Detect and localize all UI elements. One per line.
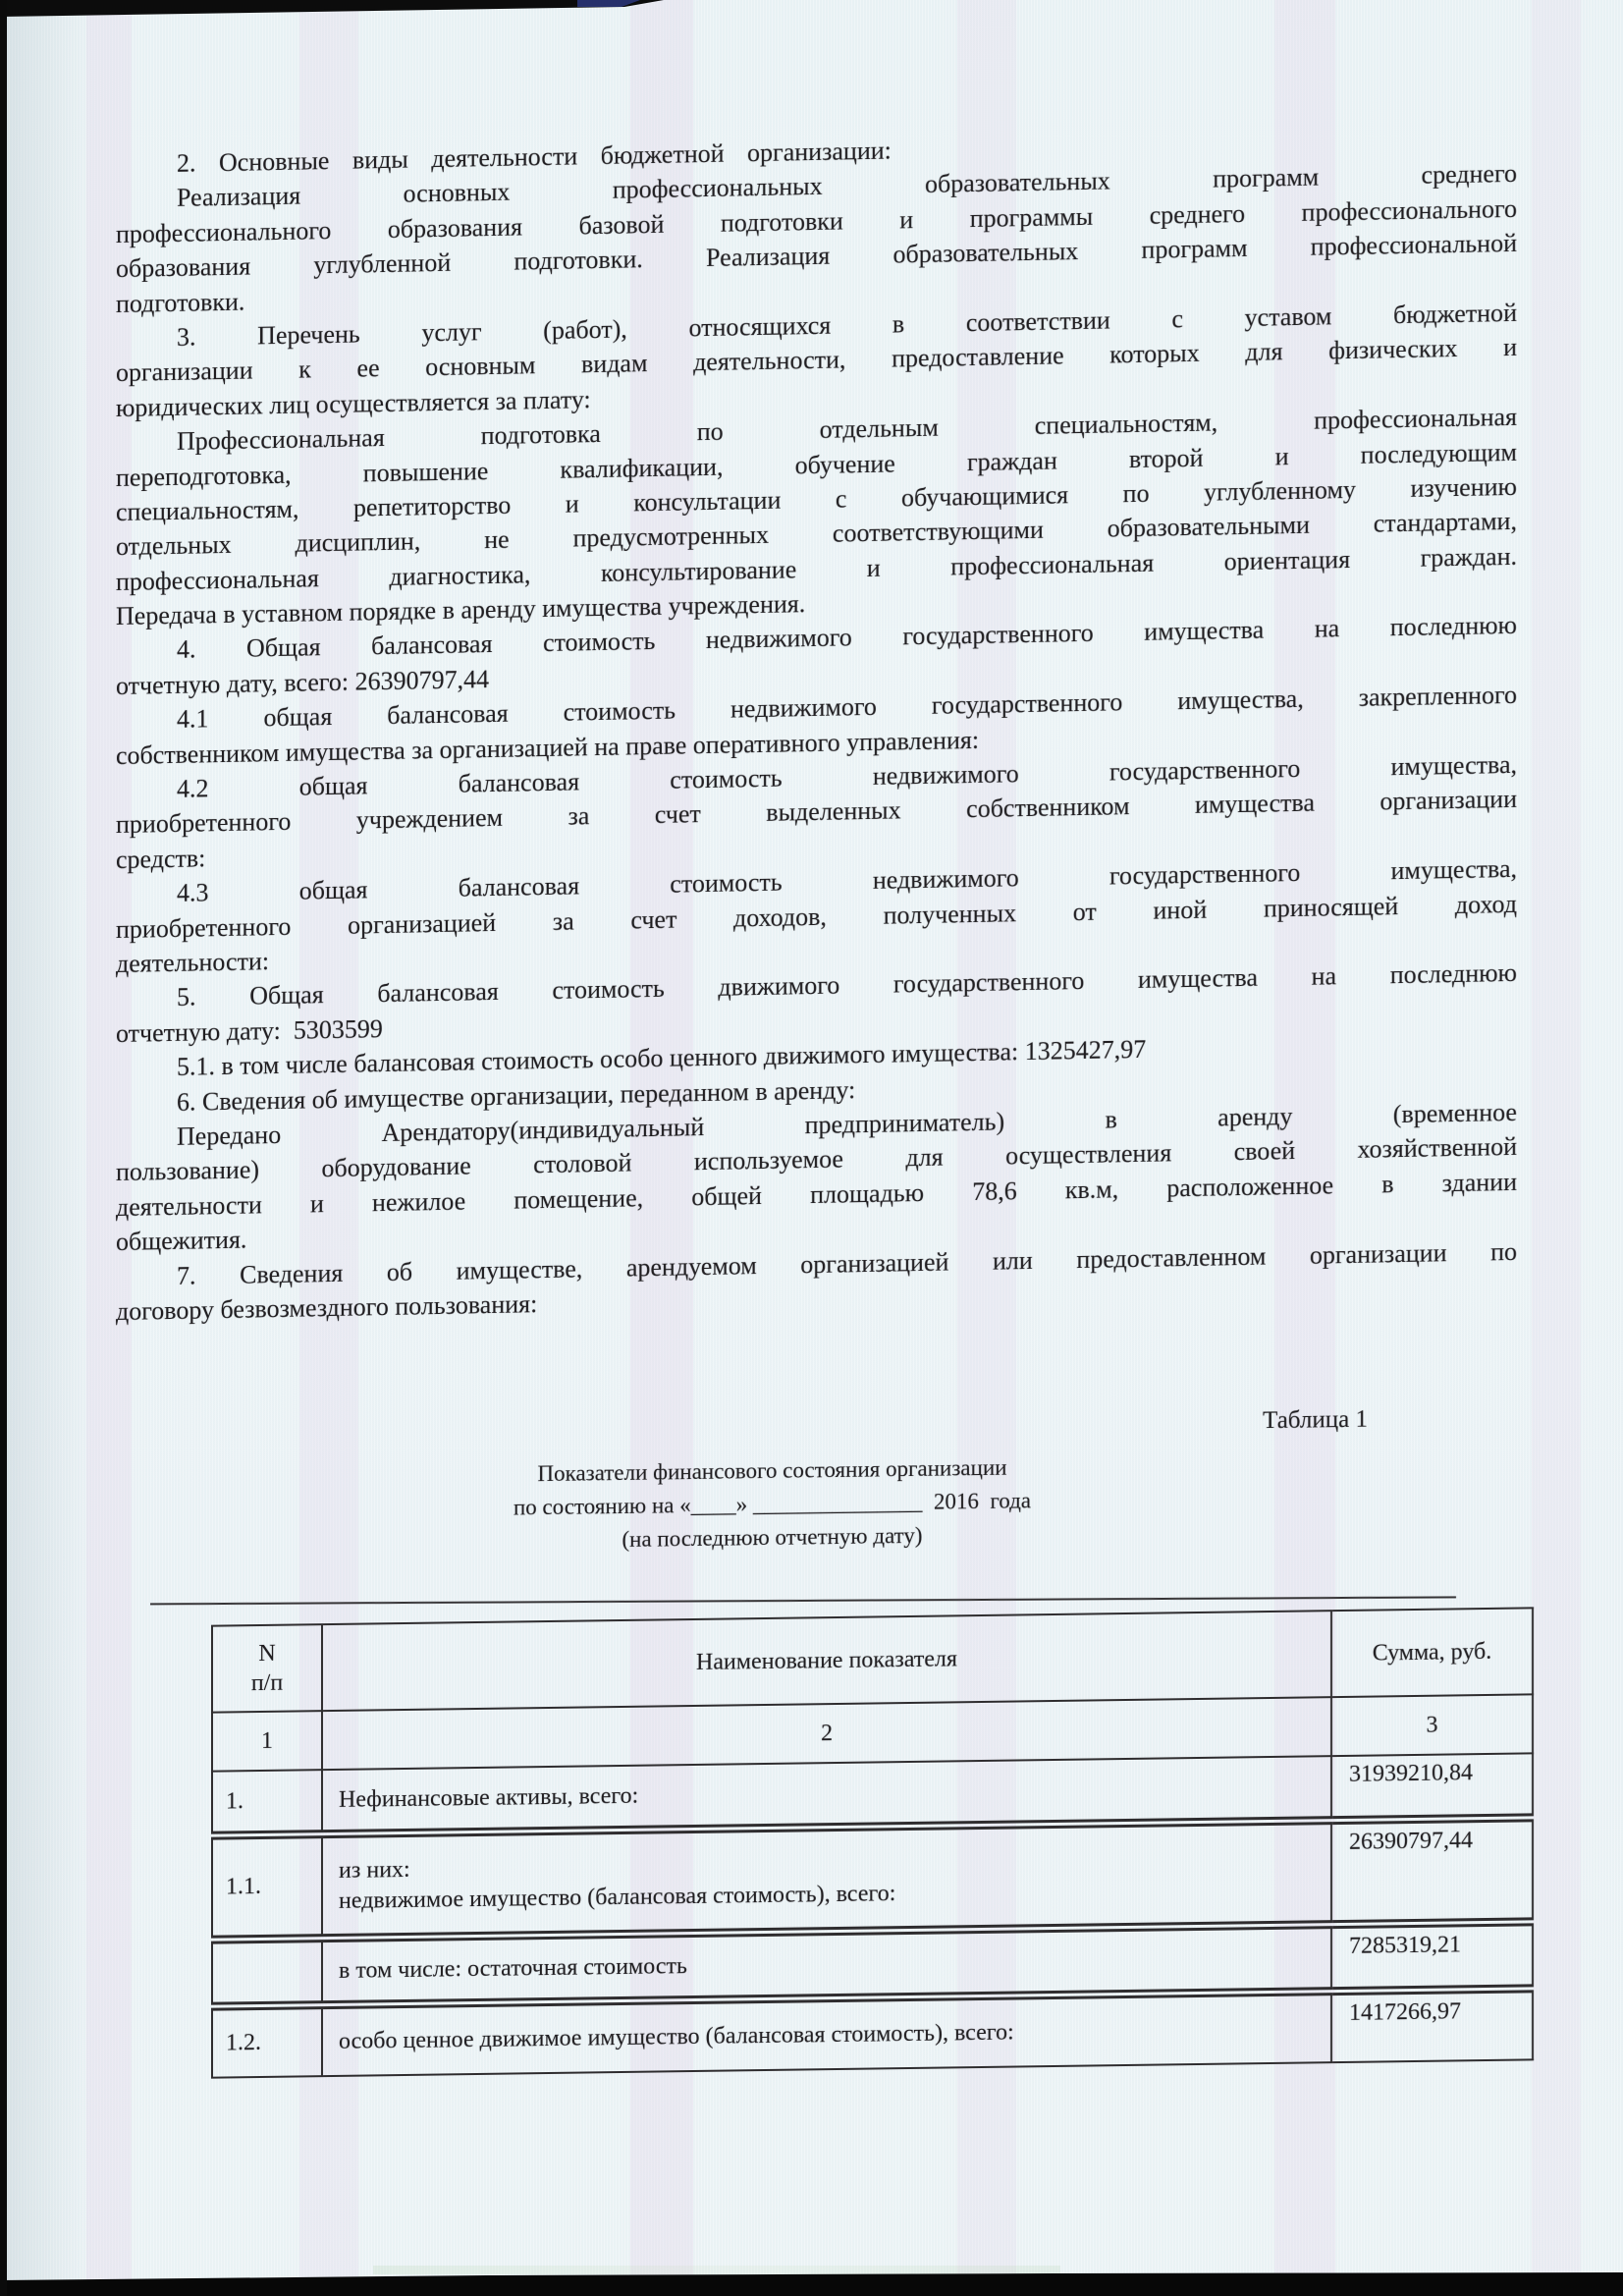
cell-name-line: Нефинансовые активы, всего: [339,1782,638,1812]
cell-name-line: в том числе: остаточная стоимость [339,1953,687,1984]
scan-edge-bottom [0,2272,1623,2296]
cell-sum: 7285319,21 [1331,1922,1533,1992]
cell-sum: 26390797,44 [1331,1818,1533,1925]
cell-sum: 31939210,84 [1331,1753,1533,1820]
scan-edge-left [0,0,7,2296]
scan-edge-top [0,0,1623,20]
financial-table-wrap: Nп/пНаименование показателяСумма, руб.12… [211,1608,1520,2079]
document-body: 2. Основные виды деятельности бюджетной … [116,122,1517,1329]
scan-stray-line [150,1596,1456,1605]
header-cell-sum: Сумма, руб. [1331,1608,1533,1697]
cell-num: 1. [212,1770,322,1835]
scan-bottom-stain [373,2266,1060,2274]
scan-left-shadow [7,0,93,2296]
scanned-document-page: 2. Основные виды деятельности бюджетной … [0,0,1623,2296]
column-number-cell: 1 [212,1711,322,1772]
header-cell-num-line: N [258,1641,275,1667]
cell-name: из них:недвижимое имущество (балансовая … [322,1821,1331,1939]
table-caption: Таблица 1 [116,1403,1517,1451]
header-cell-num-line: п/п [251,1670,283,1696]
cell-name: особо ценное движимое имущество (балансо… [322,1992,1331,2076]
cell-num: 1.2. [212,2005,322,2078]
column-number-cell: 3 [1331,1694,1533,1756]
cell-name-line: из них: [339,1856,410,1883]
cell-num [212,1939,322,2007]
table-row: 1.1.из них:недвижимое имущество (балансо… [212,1818,1533,1940]
header-cell-name: Наименование показателя [322,1611,1331,1711]
cell-sum: 1417266,97 [1331,1989,1533,2062]
cell-num: 1.1. [212,1834,322,1941]
financial-table: Nп/пНаименование показателяСумма, руб.12… [211,1607,1534,2078]
table-section: Таблица 1 Показатели финансового состоян… [116,1403,1517,2080]
table-title: Показатели финансового состояния организ… [72,1445,1473,1563]
cell-name-line: недвижимое имущество (балансовая стоимос… [339,1881,895,1914]
cell-name-line: особо ценное движимое имущество (балансо… [339,2020,1014,2054]
header-cell-num: Nп/п [212,1624,322,1713]
